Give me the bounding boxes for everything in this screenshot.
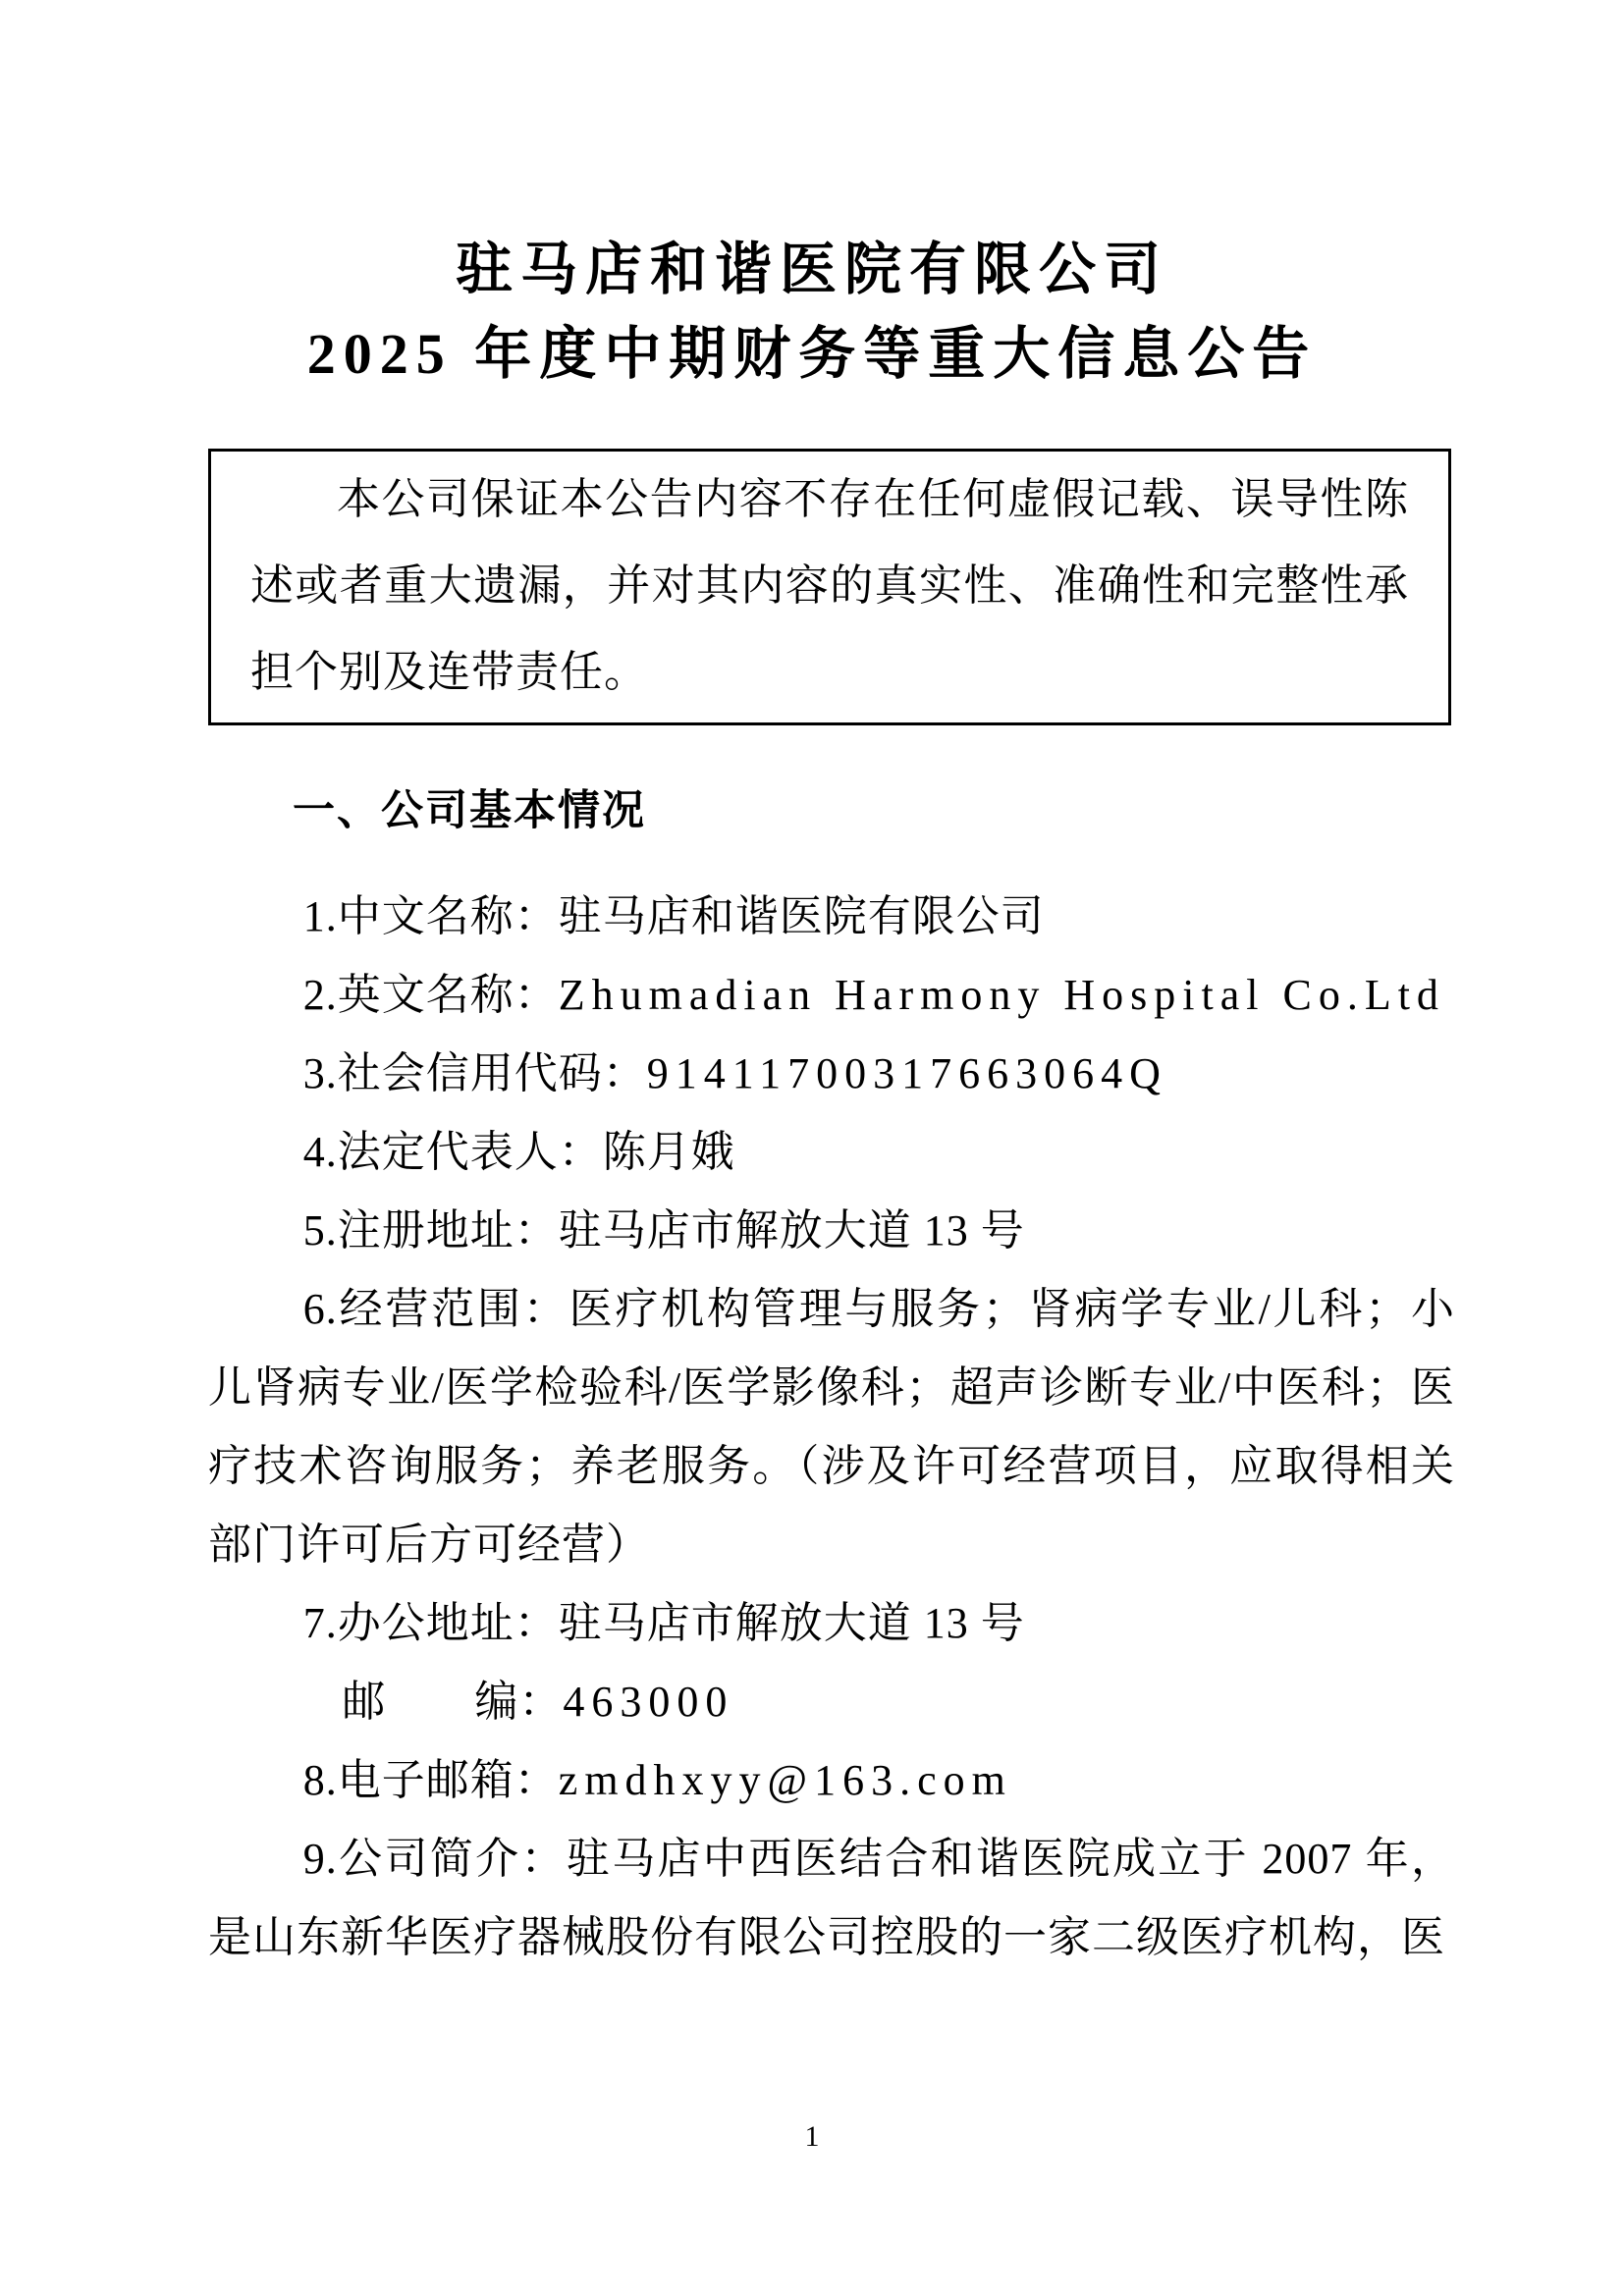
item-value: 驻马店和谐医院有限公司 (559, 892, 1045, 940)
item-value: 91411700317663064Q (647, 1049, 1167, 1097)
disclaimer-box: 本公司保证本公告内容不存在任何虚假记载、误导性陈述或者重大遗漏，并对其内容的真实… (208, 449, 1451, 725)
item-label: 4.法定代表人： (303, 1128, 603, 1176)
page-number: 1 (0, 2120, 1624, 2154)
item-postal-code: 邮 编：463000 (208, 1663, 1455, 1741)
item-label: 9.公司简介： (303, 1835, 567, 1883)
item-value: 驻马店市解放大道 13 号 (559, 1206, 1025, 1255)
title-line-2: 2025 年度中期财务等重大信息公告 (0, 312, 1624, 397)
item-label: 6.经营范围： (303, 1285, 569, 1333)
company-info-list: 1.中文名称：驻马店和谐医院有限公司 2.英文名称：Zhumadian Harm… (208, 878, 1455, 1977)
item-company-profile: 9.公司简介：驻马店中西医结合和谐医院成立于 2007 年，是山东新华医疗器械股… (208, 1820, 1455, 1977)
item-english-name: 2.英文名称：Zhumadian Harmony Hospital Co.Ltd (208, 956, 1455, 1035)
item-registered-address: 5.注册地址：驻马店市解放大道 13 号 (208, 1192, 1455, 1270)
item-value: Zhumadian Harmony Hospital Co.Ltd (559, 971, 1445, 1019)
section-heading: 一、公司基本情况 (208, 785, 1455, 836)
item-legal-representative: 4.法定代表人：陈月娥 (208, 1113, 1455, 1192)
disclaimer-text: 本公司保证本公告内容不存在任何虚假记载、误导性陈述或者重大遗漏，并对其内容的真实… (250, 456, 1409, 716)
item-credit-code: 3.社会信用代码：91411700317663064Q (208, 1035, 1455, 1113)
document-page: 驻马店和谐医院有限公司 2025 年度中期财务等重大信息公告 本公司保证本公告内… (0, 0, 1624, 2296)
item-value: 463000 (563, 1678, 733, 1726)
item-label: 5.注册地址： (303, 1206, 559, 1255)
item-chinese-name: 1.中文名称：驻马店和谐医院有限公司 (208, 878, 1455, 956)
item-value: 驻马店市解放大道 13 号 (559, 1599, 1025, 1647)
item-label: 7.办公地址： (303, 1599, 559, 1647)
item-label: 邮 编： (342, 1678, 563, 1726)
item-label: 3.社会信用代码： (303, 1049, 647, 1097)
title-line-1: 驻马店和谐医院有限公司 (0, 228, 1624, 312)
item-office-address: 7.办公地址：驻马店市解放大道 13 号 (208, 1584, 1455, 1663)
item-label: 1.中文名称： (303, 892, 559, 940)
item-label: 8.电子邮箱： (303, 1756, 559, 1804)
item-email: 8.电子邮箱：zmdhxyy@163.com (208, 1741, 1455, 1820)
item-value: 陈月娥 (603, 1128, 735, 1176)
item-business-scope: 6.经营范围：医疗机构管理与服务；肾病学专业/儿科；小儿肾病专业/医学检验科/医… (208, 1270, 1455, 1584)
document-title: 驻马店和谐医院有限公司 2025 年度中期财务等重大信息公告 (0, 0, 1624, 397)
item-label: 2.英文名称： (303, 971, 559, 1019)
item-value: zmdhxyy@163.com (559, 1756, 1012, 1804)
